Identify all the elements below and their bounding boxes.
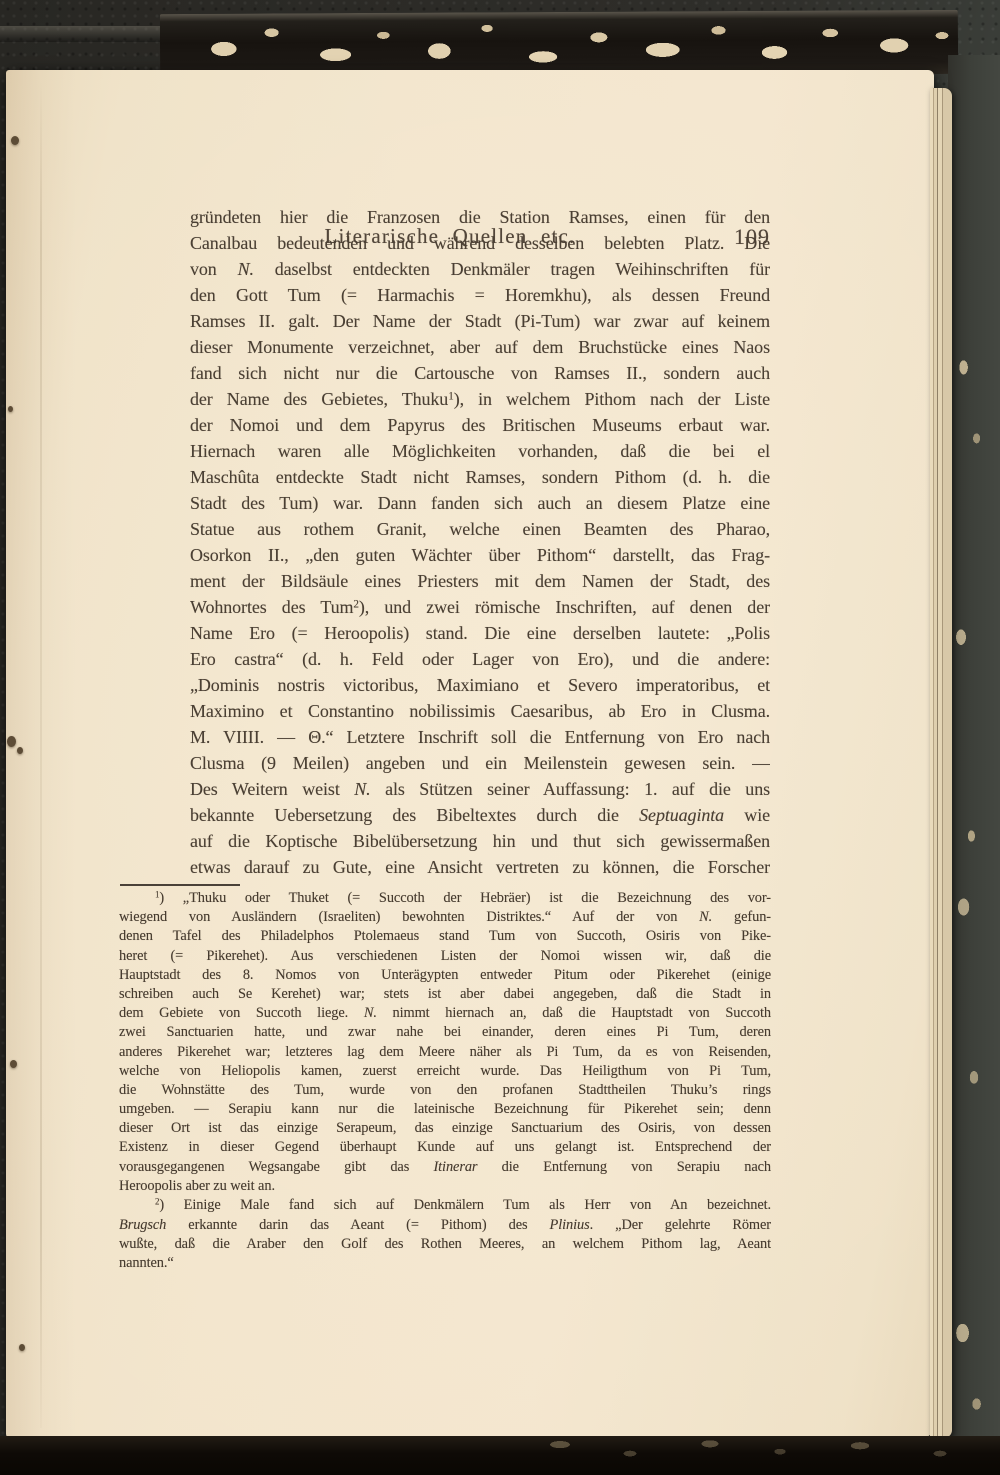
text-line: denen Tafel des Philadelphos Ptolemaeus …	[119, 927, 771, 946]
text-line: auf die Koptische Bibelübersetzung hin u…	[190, 828, 770, 854]
text-line: die Wohnstätte des Tum, wurde von den pr…	[119, 1081, 771, 1100]
text-line: Heroopolis aber zu weit an.	[119, 1177, 771, 1196]
text-line: fand sich nicht nur die Cartousche von R…	[190, 360, 770, 386]
text-line: gründeten hier die Franzosen die Station…	[190, 204, 770, 230]
text-line: M. VIIII. — Θ.“ Letztere Inschrift soll …	[190, 724, 770, 750]
text-line: Canalbau bedeutenden und während desselb…	[190, 230, 770, 256]
text-line: 2) Einige Male fand sich auf Denkmälern …	[119, 1196, 771, 1215]
text-line: vorausgegangenen Wegsangabe gibt das Iti…	[119, 1158, 771, 1177]
text-line: Ero castra“ (d. h. Feld oder Lager von E…	[190, 646, 770, 672]
text-line: Maximino et Constantino nobilissimis Cae…	[190, 698, 770, 724]
text-line: Statue aus rothem Granit, welche einen B…	[190, 516, 770, 542]
footnote-separator-rule	[120, 884, 240, 886]
stitch-hole	[8, 406, 13, 412]
text-line: welche von Heliopolis kamen, zuerst erre…	[119, 1062, 771, 1081]
text-line: den Gott Tum (= Harmachis = Horemkhu), a…	[190, 282, 770, 308]
text-line: Des Weitern weist N. als Stützen seiner …	[190, 776, 770, 802]
stitch-hole	[17, 747, 23, 754]
scanned-book-photo: { "header": { "title": "Literarische Que…	[0, 0, 1000, 1475]
stitch-hole	[10, 1060, 17, 1068]
text-line: 1) „Thuku oder Thuket (= Succoth der Heb…	[119, 889, 771, 908]
text-line: Stadt des Tum) war. Dann fanden sich auc…	[190, 490, 770, 516]
text-line: zwei Sanctuarien hatte, und zwar nahe be…	[119, 1023, 771, 1042]
text-line: Brugsch erkannte darin das Aeant (= Pith…	[119, 1216, 771, 1235]
text-line: heret (= Pikerehet). Aus verschiedenen L…	[119, 947, 771, 966]
gutter-crease	[40, 80, 42, 1428]
text-line: Maschûta entdeckte Stadt nicht Ramses, s…	[190, 464, 770, 490]
text-line: anderes Pikerehet war; letzteres lag dem…	[119, 1043, 771, 1062]
cover-edge-bevel	[0, 26, 175, 42]
text-line: Clusma (9 Meilen) angeben und ein Meilen…	[190, 750, 770, 776]
text-line: wußte, daß die Araber den Golf des Rothe…	[119, 1235, 771, 1254]
bottom-cover-band	[0, 1436, 1000, 1475]
text-line: der Nomoi und dem Papyrus des Britischen…	[190, 412, 770, 438]
text-line: Name Ero (= Heroopolis) stand. Die eine …	[190, 620, 770, 646]
stitch-hole	[19, 1344, 25, 1351]
text-line: Hiernach waren alle Möglichkeiten vorhan…	[190, 438, 770, 464]
text-line: Ramses II. galt. Der Name der Stadt (Pi-…	[190, 308, 770, 334]
footnote-2: 2) Einige Male fand sich auf Denkmälern …	[119, 1196, 771, 1273]
text-line: Osorkon II., „den guten Wächter über Pit…	[190, 542, 770, 568]
text-line: schreiben auch Se Kerehet) war; stets is…	[119, 985, 771, 1004]
book-page: Literarische Quellen etc. 109 gründeten …	[6, 70, 934, 1438]
text-line: Existenz in dieser Gegend überhaupt Kund…	[119, 1138, 771, 1157]
text-line: Wohnortes des Tum2), und zwei römische I…	[190, 594, 770, 620]
text-line: etwas darauf zu Gute, eine Ansicht vertr…	[190, 854, 770, 880]
stitch-hole	[11, 136, 19, 145]
text-line: wiegend von Ausländern (Israeliten) bewo…	[119, 908, 771, 927]
text-line: dieser Ort ist das einzige Serapeum, das…	[119, 1119, 771, 1138]
text-line: ment der Bildsäule eines Priesters mit d…	[190, 568, 770, 594]
stitch-hole	[7, 736, 16, 747]
text-line: bekannte Uebersetzung des Bibeltextes du…	[190, 802, 770, 828]
marbled-paper-strip	[160, 10, 958, 78]
text-line: von N. daselbst entdeckten Denkmäler tra…	[190, 256, 770, 282]
text-line: dem Gebiete von Succoth liege. N. nimmt …	[119, 1004, 771, 1023]
footnote-1: 1) „Thuku oder Thuket (= Succoth der Heb…	[119, 889, 771, 1196]
page-edge-stack	[930, 88, 952, 1438]
text-line: nannten.“	[119, 1254, 771, 1273]
main-text-block: gründeten hier die Franzosen die Station…	[190, 204, 770, 880]
text-line: dieser Monumente verzeichnet, aber auf d…	[190, 334, 770, 360]
text-line: „Dominis nostris victoribus, Maximiano e…	[190, 672, 770, 698]
cover-right-marbling	[948, 55, 1000, 1475]
text-line: der Name des Gebietes, Thuku1), in welch…	[190, 386, 770, 412]
text-line: umgeben. — Serapiu kann nur die lateinis…	[119, 1100, 771, 1119]
text-line: Hauptstadt des 8. Nomos von Unterägypten…	[119, 966, 771, 985]
